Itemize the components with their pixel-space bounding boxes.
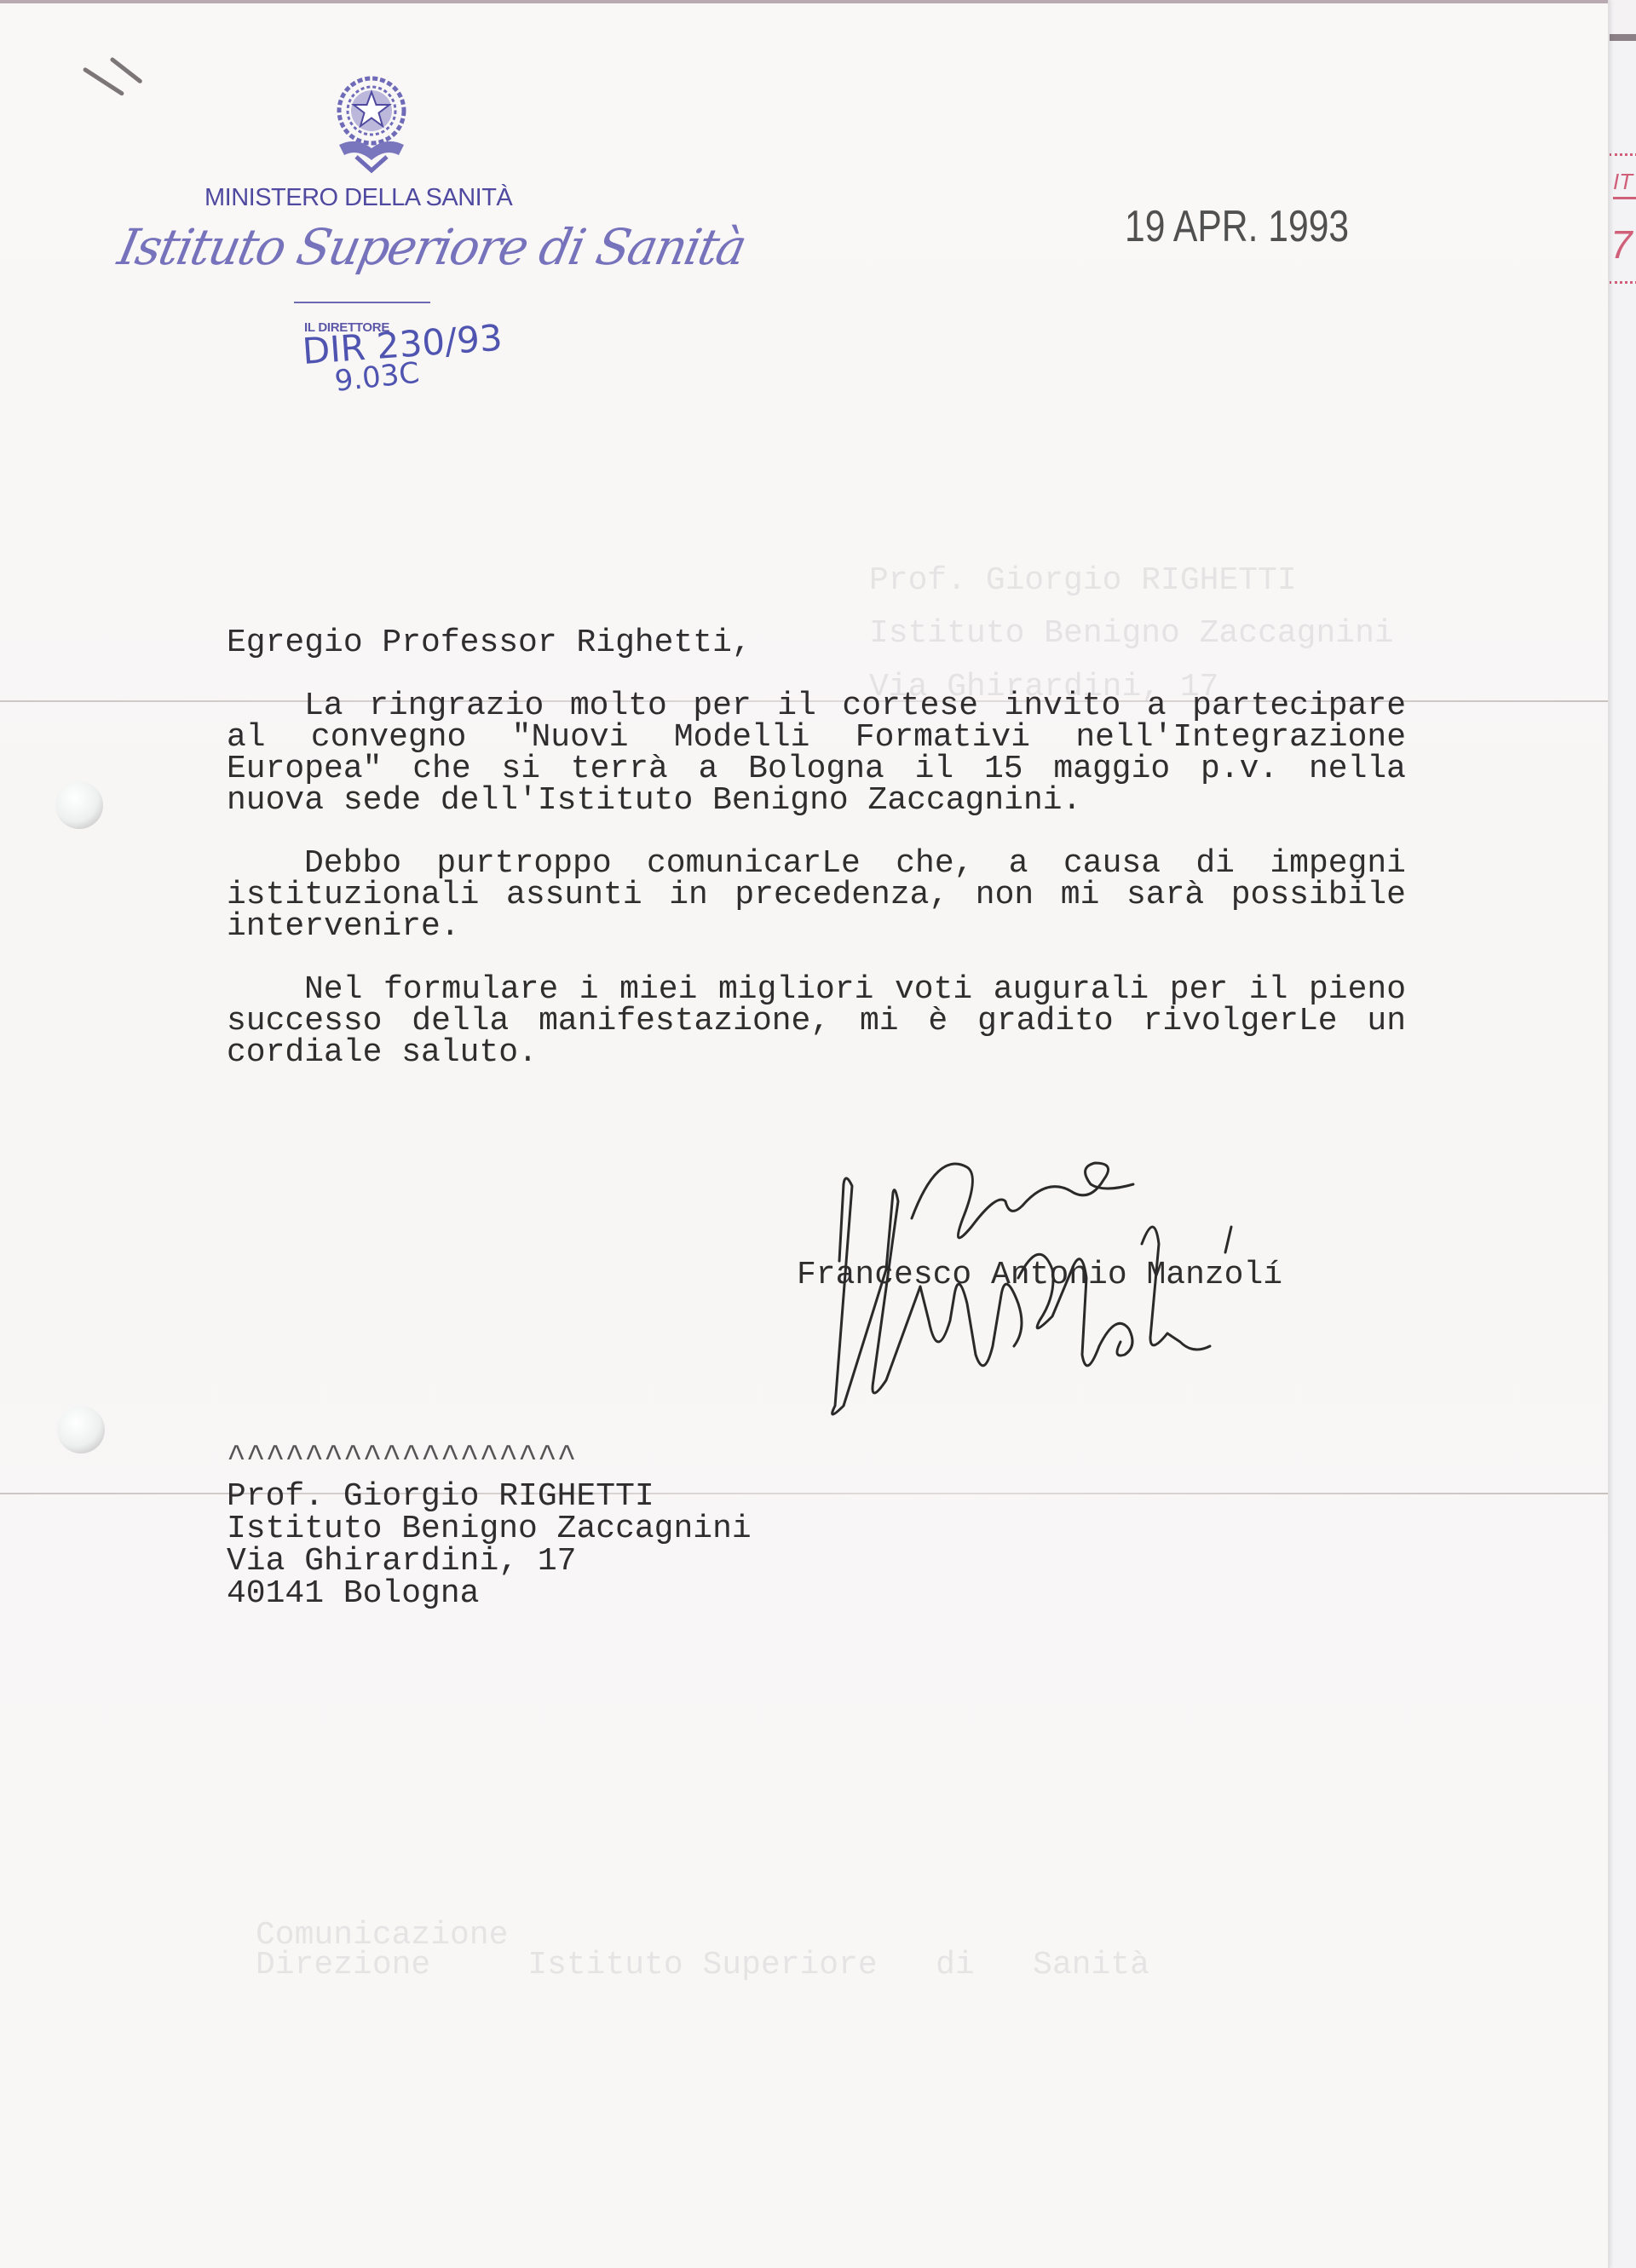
separator-line: ^^^^^^^^^^^^^^^^^^ [227, 1440, 576, 1477]
recipient-street: Via Ghirardini, 17 [227, 1546, 752, 1578]
letter-body: Egregio Professor Righetti, La ringrazio… [227, 627, 1406, 1100]
show-through-text: Direzione Istituto Superiore di Sanità [256, 1947, 1149, 1983]
handwritten-signature [792, 1125, 1304, 1431]
recipient-address: Prof. Giorgio RIGHETTIIstituto Benigno Z… [227, 1481, 752, 1610]
staple-mark [83, 66, 125, 96]
institute-name: Istituto Superiore di Sanità [113, 218, 750, 276]
recipient-city: 40141 Bologna [227, 1578, 752, 1610]
letterhead-divider [294, 302, 430, 303]
punch-hole [57, 1406, 105, 1453]
recipient-name: Prof. Giorgio RIGHETTI [227, 1481, 752, 1513]
salutation: Egregio Professor Righetti, [227, 627, 1406, 659]
staple-mark [109, 57, 142, 84]
red-stamp-text: IT [1613, 169, 1636, 199]
show-through-text: Prof. Giorgio RIGHETTI [869, 562, 1297, 599]
recipient-institution: Istituto Benigno Zaccagnini [227, 1513, 752, 1546]
red-stamp-border-bottom [1609, 281, 1636, 292]
sheet-top-edge [0, 0, 1608, 3]
italian-republic-emblem-icon [331, 66, 412, 174]
paragraph: Nel formulare i miei migliori voti augur… [227, 974, 1406, 1068]
paragraph: Debbo purtroppo comunicarLe che, a causa… [227, 848, 1406, 942]
letter-sheet: Prof. Giorgio RIGHETTI Istituto Benigno … [0, 0, 1610, 2268]
punch-hole [55, 781, 103, 829]
ministry-name: MINISTERO DELLA SANITÀ [204, 184, 512, 212]
date-stamp: 19 APR. 1993 [1125, 201, 1349, 252]
paragraph: La ringrazio molto per il cortese invito… [227, 690, 1406, 816]
red-stamp-border-top [1609, 153, 1636, 166]
red-stamp-number: 7 [1610, 222, 1633, 268]
